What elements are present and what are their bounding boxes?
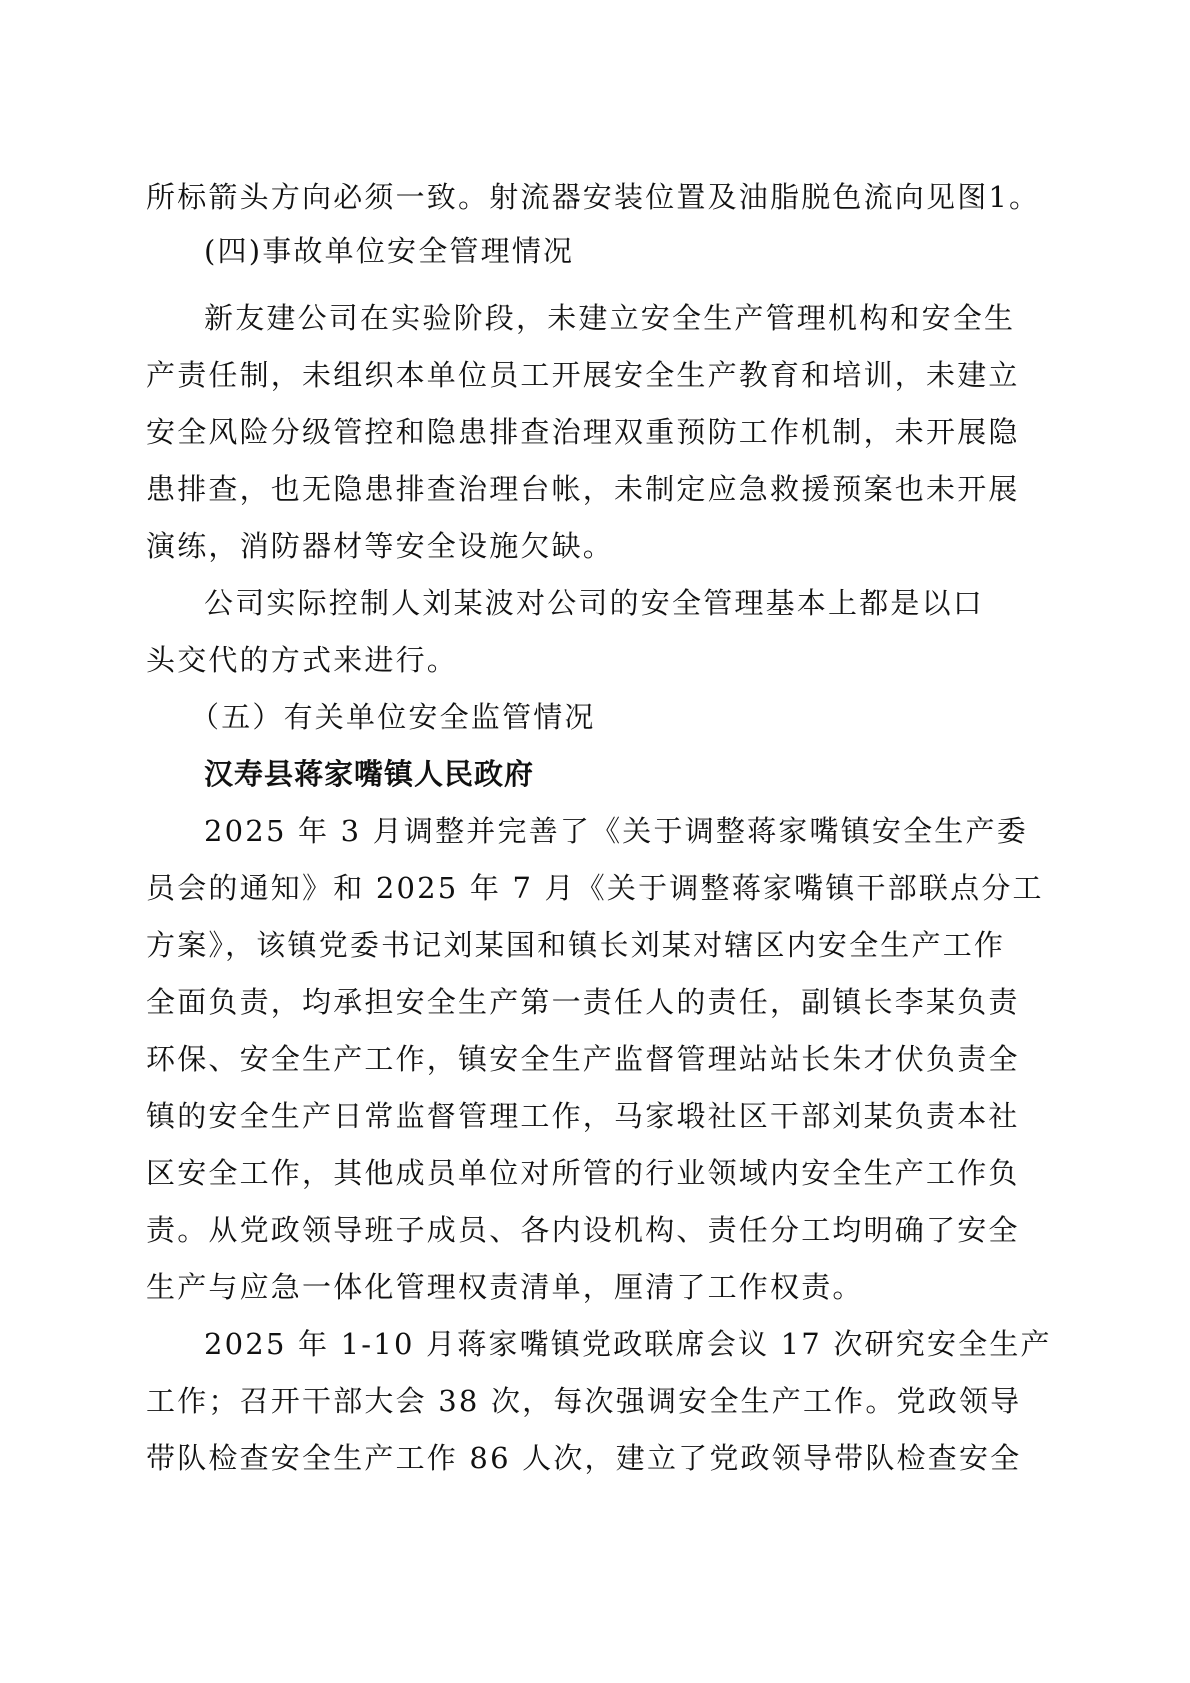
paragraph-line: 安全风险分级管控和隐患排查治理双重预防工作机制，未开展隐 (146, 412, 1046, 452)
subsection-heading: 汉寿县蒋家嘴镇人民政府 (204, 754, 1104, 794)
paragraph-line: 方案》，该镇党委书记刘某国和镇长刘某对辖区内安全生产工作 (146, 925, 1046, 965)
paragraph-line: 工作；召开干部大会 38 次，每次强调安全生产工作。党政领导 (146, 1381, 1046, 1421)
paragraph-line: 2025 年 1-10 月蒋家嘴镇党政联席会议 17 次研究安全生产 (204, 1324, 1104, 1364)
paragraph-line: 责。从党政领导班子成员、各内设机构、责任分工均明确了安全 (146, 1210, 1046, 1250)
paragraph-line: 生产与应急一体化管理权责清单，厘清了工作权责。 (146, 1267, 1046, 1307)
section-heading-5: （五）有关单位安全监管情况 (190, 697, 1090, 737)
paragraph-line: 环保、安全生产工作，镇安全生产监督管理站站长朱才伏负责全 (146, 1039, 1046, 1079)
paragraph-line: 全面负责，均承担安全生产第一责任人的责任，副镇长李某负责 (146, 982, 1046, 1022)
paragraph-line: 带队检查安全生产工作 86 人次，建立了党政领导带队检查安全 (146, 1438, 1046, 1478)
text-line-1: 所标箭头方向必须一致。射流器安装位置及油脂脱色流向见图1。 (146, 177, 1046, 217)
section-heading-4: (四)事故单位安全管理情况 (204, 231, 1104, 271)
paragraph-line: 患排查，也无隐患排查治理台帐，未制定应急救援预案也未开展 (146, 469, 1046, 509)
paragraph-line: 员会的通知》和 2025 年 7 月《关于调整蒋家嘴镇干部联点分工 (146, 868, 1046, 908)
paragraph-line: 新友建公司在实验阶段，未建立安全生产管理机构和安全生 (204, 298, 1104, 338)
document-page: 所标箭头方向必须一致。射流器安装位置及油脂脱色流向见图1。 (四)事故单位安全管… (0, 0, 1190, 1683)
paragraph-line: 头交代的方式来进行。 (146, 640, 1046, 680)
paragraph-line: 区安全工作，其他成员单位对所管的行业领域内安全生产工作负 (146, 1153, 1046, 1193)
paragraph-line: 公司实际控制人刘某波对公司的安全管理基本上都是以口 (204, 583, 1104, 623)
paragraph-line: 2025 年 3 月调整并完善了《关于调整蒋家嘴镇安全生产委 (204, 811, 1104, 851)
paragraph-line: 产责任制，未组织本单位员工开展安全生产教育和培训，未建立 (146, 355, 1046, 395)
paragraph-line: 演练，消防器材等安全设施欠缺。 (146, 526, 1046, 566)
paragraph-line: 镇的安全生产日常监督管理工作，马家塅社区干部刘某负责本社 (146, 1096, 1046, 1136)
